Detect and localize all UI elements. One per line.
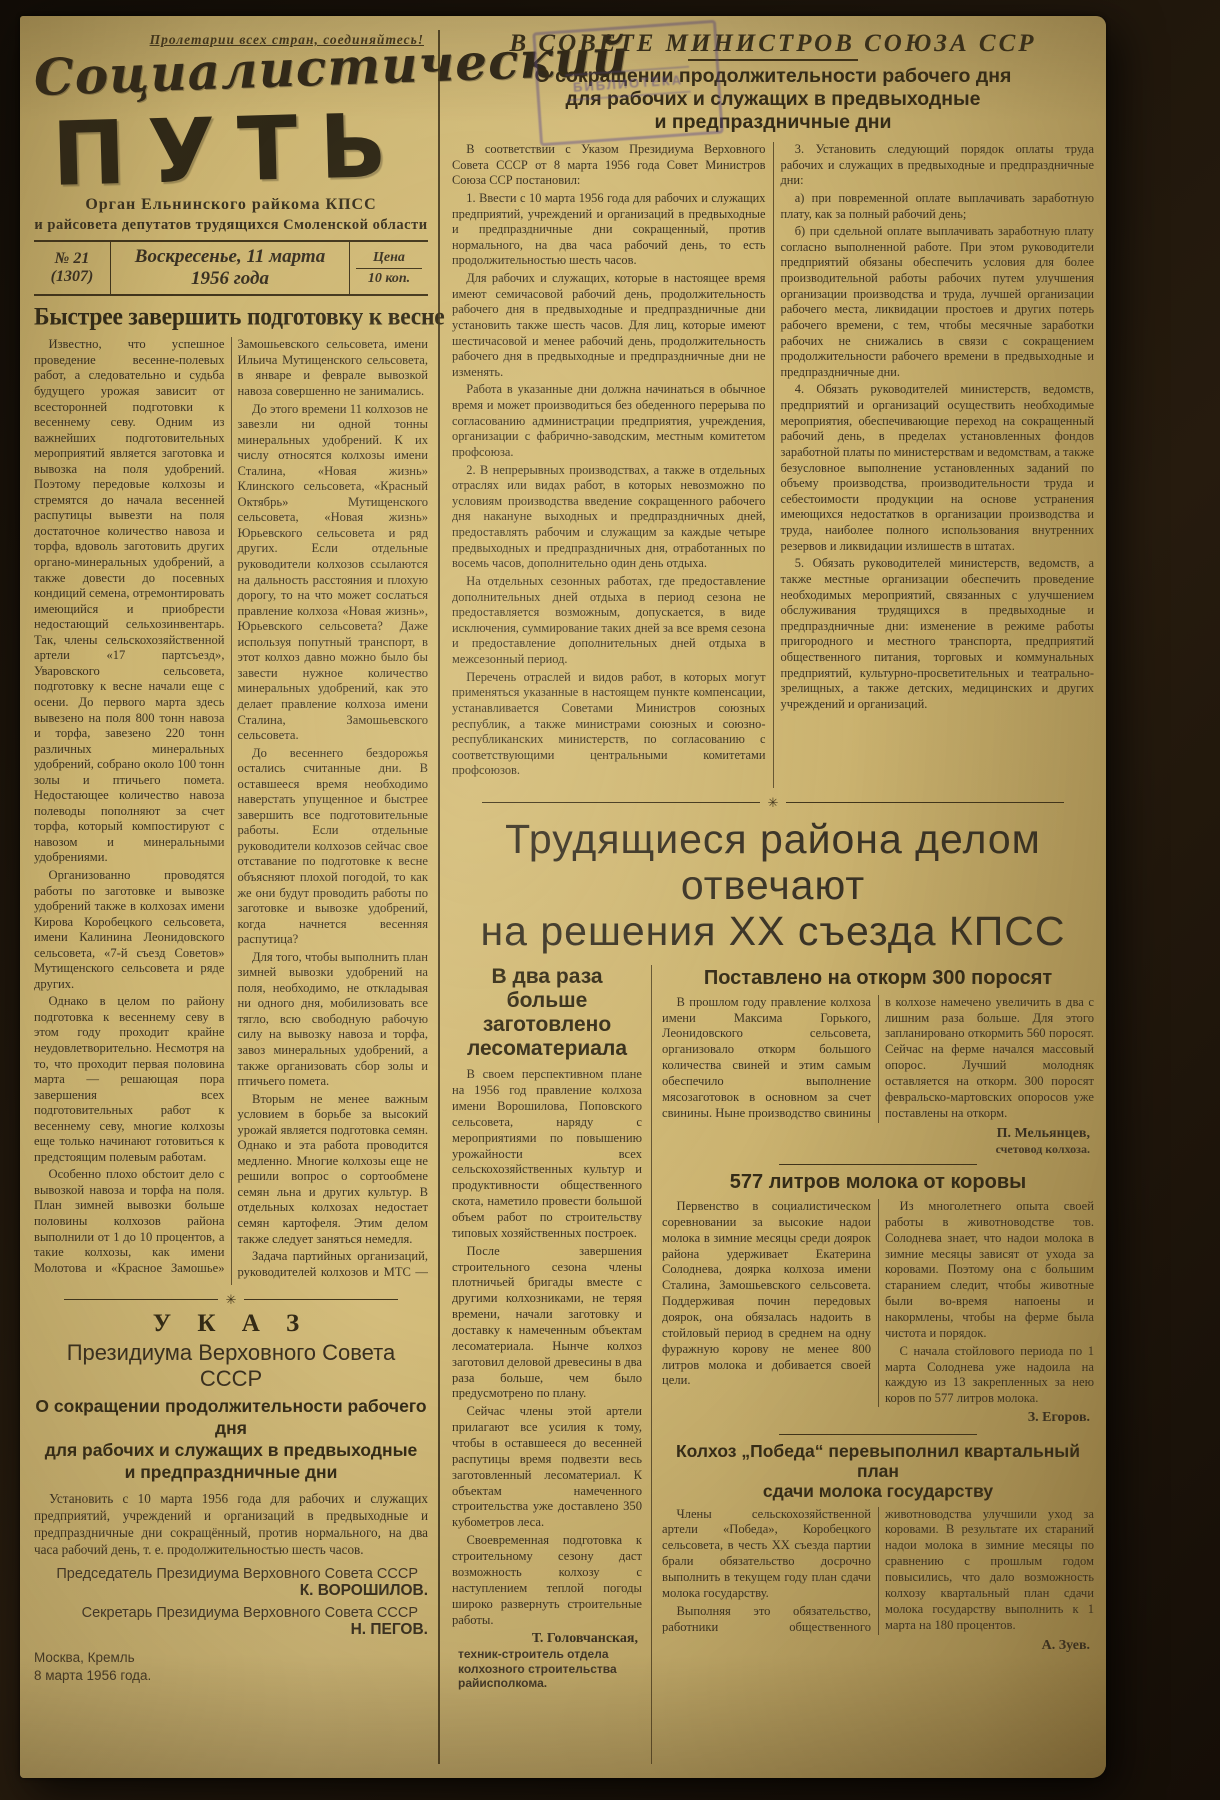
timber-signature-name: Т. Головчанская,: [532, 1631, 638, 1647]
article-milk577-body: Первенство в социалистическом соревнован…: [662, 1199, 1094, 1407]
article-timber-body: В своем перспективном плане на 1956 год …: [452, 1067, 642, 1628]
ukaz-sign1-name: К. ВОРОШИЛОВ.: [300, 1582, 428, 1600]
ukaz-headline-line1: О сокращении продолжительности рабочего …: [34, 1396, 428, 1440]
article-pigs-headline: Поставлено на откорм 300 поросят: [662, 967, 1094, 990]
newspaper-page: Пролетарии всех стран, соединяйтесь! Соц…: [20, 16, 1106, 1778]
pobeda-headline-line2: сдачи молока государству: [662, 1481, 1094, 1501]
ukaz-place-date: Москва, Кремль 8 марта 1956 года.: [34, 1649, 428, 1685]
ukaz-subtitle: Президиума Верховного Совета СССР: [34, 1340, 428, 1392]
issue-date: Воскресенье, 11 марта 1956 года: [111, 242, 349, 294]
article-milk577-signature: З. Егоров.: [662, 1410, 1090, 1426]
ukaz-sign2-name: Н. ПЕГОВ.: [351, 1621, 428, 1639]
article-pigs-body: В прошлом году правление колхоза имени М…: [662, 995, 1094, 1123]
section-articles: В два раза больше заготовлено лесоматери…: [452, 965, 1094, 1764]
ukaz-headline-line3: и предпраздничные дни: [34, 1462, 428, 1484]
ukaz-date: 8 марта 1956 года.: [34, 1667, 428, 1685]
star-icon: ✳: [760, 796, 787, 809]
ukaz-body: Установить с 10 марта 1956 года для рабо…: [34, 1490, 428, 1559]
article-timber-signature: Т. Головчанская, техник-строитель отдела…: [452, 1631, 638, 1690]
price-label: Цена: [356, 250, 422, 269]
ukaz-headline: О сокращении продолжительности рабочего …: [34, 1396, 428, 1484]
milk577-signature-name: З. Егоров.: [1028, 1410, 1090, 1426]
article-divider-rule: [779, 1434, 978, 1435]
timber-signature-role: техник-строитель отдела колхозного строи…: [458, 1647, 638, 1690]
ukaz-sign1-role: Председатель Президиума Верховного Совет…: [56, 1566, 418, 1582]
timber-headline-line3: лесоматериала: [452, 1037, 642, 1061]
right-zone: БИБЛИОТЕКА В СОВЕТЕ МИНИСТРОВ СОЮЗА ССР …: [438, 30, 1094, 1764]
lead-article-body: Известно, что успешное проведение весенн…: [34, 337, 428, 1285]
star-divider: ✳: [64, 1293, 398, 1306]
pobeda-signature-name: А. Зуев.: [1042, 1638, 1090, 1654]
section-headline-line1: Трудящиеся района делом отвечают: [452, 817, 1094, 909]
star-icon: ✳: [218, 1293, 245, 1306]
kicker-rule: [688, 59, 858, 61]
issue-number-cell: № 21 (1307): [34, 242, 111, 294]
article-timber: В два раза больше заготовлено лесоматери…: [452, 965, 652, 1764]
issue-price-cell: Цена 10 коп.: [349, 242, 428, 294]
article-timber-headline: В два раза больше заготовлено лесоматери…: [452, 965, 642, 1062]
ukaz-headline-line2: для рабочих и служащих в предвыходные: [34, 1440, 428, 1462]
issue-number: № 21: [40, 250, 104, 268]
ukaz-sign2-role: Секретарь Президиума Верховного Совета С…: [82, 1605, 418, 1621]
article-pobeda-headline: Колхоз „Победа“ перевыполнил квартальный…: [662, 1441, 1094, 1501]
price-value: 10 коп.: [356, 271, 422, 287]
sovmin-body: В соответствии с Указом Президиума Верхо…: [452, 142, 1094, 788]
article-pobeda-signature: А. Зуев.: [662, 1638, 1090, 1654]
left-zone: Пролетарии всех стран, соединяйтесь! Соц…: [34, 30, 438, 1764]
article-milk577: 577 литров молока от коровы Первенство в…: [662, 1171, 1094, 1426]
sovmin-headline-line2: для рабочих и служащих в предвыходные: [462, 88, 1084, 111]
timber-headline-line2: заготовлено: [452, 1013, 642, 1037]
ukaz-block: У К А З Президиума Верховного Совета ССС…: [34, 1310, 428, 1685]
issue-serial: (1307): [40, 268, 104, 286]
article-pobeda-body: Члены сельскохозяйственной артели «Побед…: [662, 1507, 1094, 1636]
sovmin-headline-line3: и предпраздничные дни: [462, 111, 1084, 134]
pigs-signature-name: П. Мельянцев,: [997, 1126, 1090, 1142]
pigs-signature-role: счетовод колхоза.: [996, 1142, 1090, 1156]
ukaz-body-text: Установить с 10 марта 1956 года для рабо…: [34, 1490, 428, 1559]
article-divider-rule: [779, 1164, 978, 1165]
article-pigs-signature: П. Мельянцев, счетовод колхоза.: [662, 1126, 1090, 1156]
section-headline-line2: на решения XX съезда КПСС: [452, 909, 1094, 955]
pobeda-headline-line1: Колхоз „Победа“ перевыполнил квартальный…: [662, 1441, 1094, 1481]
masthead-org-line2: и райсовета депутатов трудящихся Смоленс…: [34, 216, 428, 235]
lead-article-headline: Быстрее завершить подготовку к весне: [34, 303, 428, 332]
ukaz-title: У К А З: [34, 1310, 428, 1338]
ukaz-place: Москва, Кремль: [34, 1649, 428, 1667]
article-milk577-headline: 577 литров молока от коровы: [662, 1171, 1094, 1194]
article-pigs: Поставлено на откорм 300 поросят В прошл…: [662, 967, 1094, 1156]
sovmin-headline: О сокращении продолжительности рабочего …: [462, 65, 1084, 134]
issue-info-bar: № 21 (1307) Воскресенье, 11 марта 1956 г…: [34, 240, 428, 296]
sovmin-kicker: В СОВЕТЕ МИНИСТРОВ СОЮЗА ССР: [452, 30, 1094, 58]
timber-headline-line1: В два раза больше: [452, 965, 642, 1013]
sovmin-headline-line1: О сокращении продолжительности рабочего …: [462, 65, 1084, 88]
masthead-title-main: ПУТЬ: [51, 102, 429, 198]
section-headline: Трудящиеся района делом отвечают на реше…: [452, 817, 1094, 955]
articles-stack: Поставлено на откорм 300 поросят В прошл…: [652, 965, 1094, 1764]
article-pobeda: Колхоз „Победа“ перевыполнил квартальный…: [662, 1441, 1094, 1654]
star-divider: ✳: [482, 796, 1064, 809]
